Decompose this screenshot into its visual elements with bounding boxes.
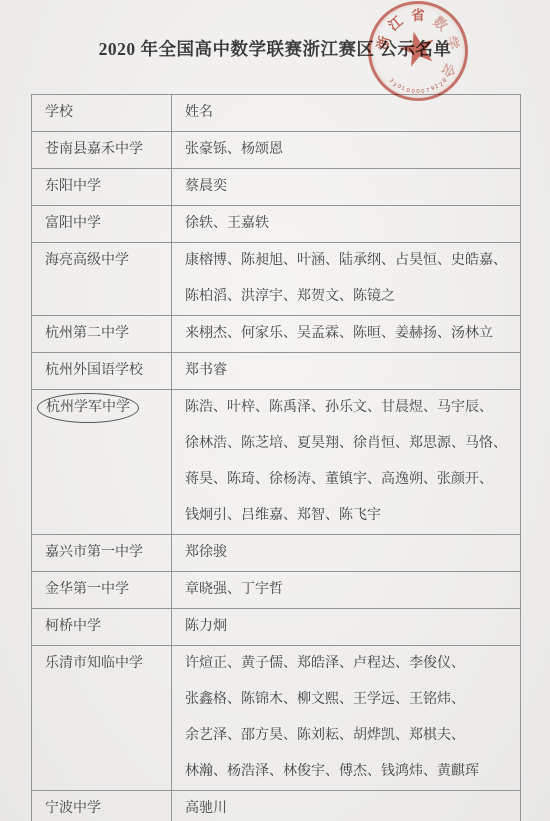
- table-row: 柯桥中学陈力炯: [32, 609, 521, 646]
- seal-ring-char: 江: [384, 13, 407, 36]
- header-row: 学校 姓名: [32, 95, 521, 132]
- names-cell: 蔡晨奕: [172, 169, 521, 206]
- names-line: 陈力炯: [185, 609, 520, 645]
- school-cell: 宁波中学: [32, 791, 172, 821]
- school-name: 杭州外国语学校: [45, 363, 143, 378]
- school-name: 乐清市知临中学: [45, 656, 143, 671]
- school-cell: 杭州第二中学: [32, 316, 172, 353]
- table-row: 金华第一中学章晓强、丁宇哲: [32, 572, 521, 609]
- names-line: 蒋昊、陈琦、徐杨涛、董镇宇、高逸朔、张颜开、: [185, 462, 520, 498]
- names-cell: 来栩杰、何家乐、吴孟霖、陈晅、姜赫扬、汤林立: [172, 316, 521, 353]
- table-row: 海亮高级中学康榕博、陈昶旭、叶涵、陆承纲、占昊恒、史皓嘉、陈柏滔、洪淳宇、郑贺文…: [32, 243, 521, 316]
- seal-ring-char: 数: [429, 13, 452, 36]
- names-cell: 徐轶、王嘉轶: [172, 206, 521, 243]
- school-cell: 金华第一中学: [32, 572, 172, 609]
- seal-serial-digit: 3: [390, 80, 398, 88]
- names-line: 许煊正、黄子儒、郑皓泽、卢程达、李俊仪、: [185, 646, 520, 682]
- school-name: 海亮高级中学: [45, 253, 129, 268]
- school-cell: 乐清市知临中学: [32, 646, 172, 791]
- school-cell: 苍南县嘉禾中学: [32, 132, 172, 169]
- seal-serial-digit: 1: [399, 85, 407, 93]
- column-header-name: 姓名: [172, 95, 521, 132]
- names-cell: 郑书睿: [172, 353, 521, 390]
- table-row: 杭州学军中学陈浩、叶梓、陈禹泽、孙乐文、甘晨煜、马宇辰、徐林浩、陈芝培、夏昊翔、…: [32, 390, 521, 535]
- school-cell: 东阳中学: [32, 169, 172, 206]
- seal-serial-digit: 0: [395, 83, 403, 91]
- scanned-document-page: 2020 年全国高中数学联赛浙江赛区 公示名单 ★ 浙江省数学会33010000…: [0, 0, 550, 821]
- table-row: 宁波中学高驰川: [32, 791, 521, 821]
- names-line: 章晓强、丁宇哲: [185, 572, 520, 608]
- names-line: 陈浩、叶梓、陈禹泽、孙乐文、甘晨煜、马宇辰、: [185, 390, 520, 426]
- school-name: 富阳中学: [45, 216, 101, 231]
- names-line: 蔡晨奕: [185, 169, 520, 205]
- names-cell: 许煊正、黄子儒、郑皓泽、卢程达、李俊仪、张鑫格、陈锦木、柳文熙、王学远、王铭炜、…: [172, 646, 521, 791]
- names-cell: 陈力炯: [172, 609, 521, 646]
- school-name: 苍南县嘉禾中学: [45, 142, 143, 157]
- school-name: 杭州第二中学: [45, 326, 129, 341]
- names-line: 陈柏滔、洪淳宇、郑贺文、陈镜之: [185, 279, 520, 315]
- names-line: 余艺泽、邵方昊、陈刘耘、胡烨凯、郑棋夫、: [185, 718, 520, 754]
- school-cell: 杭州学军中学: [32, 390, 172, 535]
- document-title: 2020 年全国高中数学联赛浙江赛区 公示名单: [0, 36, 550, 61]
- seal-ring-char: 会: [437, 59, 459, 81]
- school-name: 宁波中学: [45, 801, 101, 816]
- table-row: 嘉兴市第一中学郑徐骏: [32, 535, 521, 572]
- school-name-circled: 杭州学军中学: [37, 393, 139, 423]
- school-name: 东阳中学: [45, 179, 101, 194]
- table-row: 东阳中学蔡晨奕: [32, 169, 521, 206]
- names-line: 郑书睿: [185, 353, 520, 389]
- names-line: 徐轶、王嘉轶: [185, 206, 520, 242]
- school-cell: 海亮高级中学: [32, 243, 172, 316]
- school-cell: 柯桥中学: [32, 609, 172, 646]
- names-cell: 张豪铄、杨颂恩: [172, 132, 521, 169]
- table-row: 乐清市知临中学许煊正、黄子儒、郑皓泽、卢程达、李俊仪、张鑫格、陈锦木、柳文熙、王…: [32, 646, 521, 791]
- names-line: 张豪铄、杨颂恩: [185, 132, 520, 168]
- table-row: 杭州外国语学校郑书睿: [32, 353, 521, 390]
- seal-serial-digit: 3: [386, 77, 394, 85]
- names-cell: 陈浩、叶梓、陈禹泽、孙乐文、甘晨煜、马宇辰、徐林浩、陈芝培、夏昊翔、徐肖恒、郑思…: [172, 390, 521, 535]
- school-cell: 富阳中学: [32, 206, 172, 243]
- seal-ring-char: 省: [410, 8, 426, 24]
- names-line: 林瀚、杨浩泽、林俊宇、傅杰、钱鸿炜、黄麒珲: [185, 754, 520, 790]
- names-line: 高驰川: [185, 791, 520, 821]
- table-row: 富阳中学徐轶、王嘉轶: [32, 206, 521, 243]
- column-header-school: 学校: [32, 95, 172, 132]
- names-cell: 郑徐骏: [172, 535, 521, 572]
- names-line: 来栩杰、何家乐、吴孟霖、陈晅、姜赫扬、汤林立: [185, 316, 520, 352]
- table-row: 杭州第二中学来栩杰、何家乐、吴孟霖、陈晅、姜赫扬、汤林立: [32, 316, 521, 353]
- seal-serial-digit: 9: [429, 85, 437, 93]
- names-cell: 高驰川: [172, 791, 521, 821]
- names-line: 康榕博、陈昶旭、叶涵、陆承纲、占昊恒、史皓嘉、: [185, 243, 520, 279]
- roster-table: 学校 姓名 苍南县嘉禾中学张豪铄、杨颂恩东阳中学蔡晨奕富阳中学徐轶、王嘉轶海亮高…: [31, 94, 521, 821]
- table-row: 苍南县嘉禾中学张豪铄、杨颂恩: [32, 132, 521, 169]
- school-name: 柯桥中学: [45, 619, 101, 634]
- seal-serial-digit: 2: [433, 83, 441, 91]
- names-line: 钱炯引、吕维嘉、郑智、陈飞宇: [185, 498, 520, 534]
- names-line: 徐林浩、陈芝培、夏昊翔、徐肖恒、郑思源、马恪、: [185, 426, 520, 462]
- school-name: 金华第一中学: [45, 582, 129, 597]
- school-name: 嘉兴市第一中学: [45, 545, 143, 560]
- names-cell: 章晓强、丁宇哲: [172, 572, 521, 609]
- school-cell: 杭州外国语学校: [32, 353, 172, 390]
- seal-serial-digit: 2: [437, 80, 445, 88]
- names-line: 郑徐骏: [185, 535, 520, 571]
- names-line: 张鑫格、陈锦木、柳文熙、王学远、王铭炜、: [185, 682, 520, 718]
- seal-serial-digit: 8: [441, 77, 449, 85]
- school-cell: 嘉兴市第一中学: [32, 535, 172, 572]
- names-cell: 康榕博、陈昶旭、叶涵、陆承纲、占昊恒、史皓嘉、陈柏滔、洪淳宇、郑贺文、陈镜之: [172, 243, 521, 316]
